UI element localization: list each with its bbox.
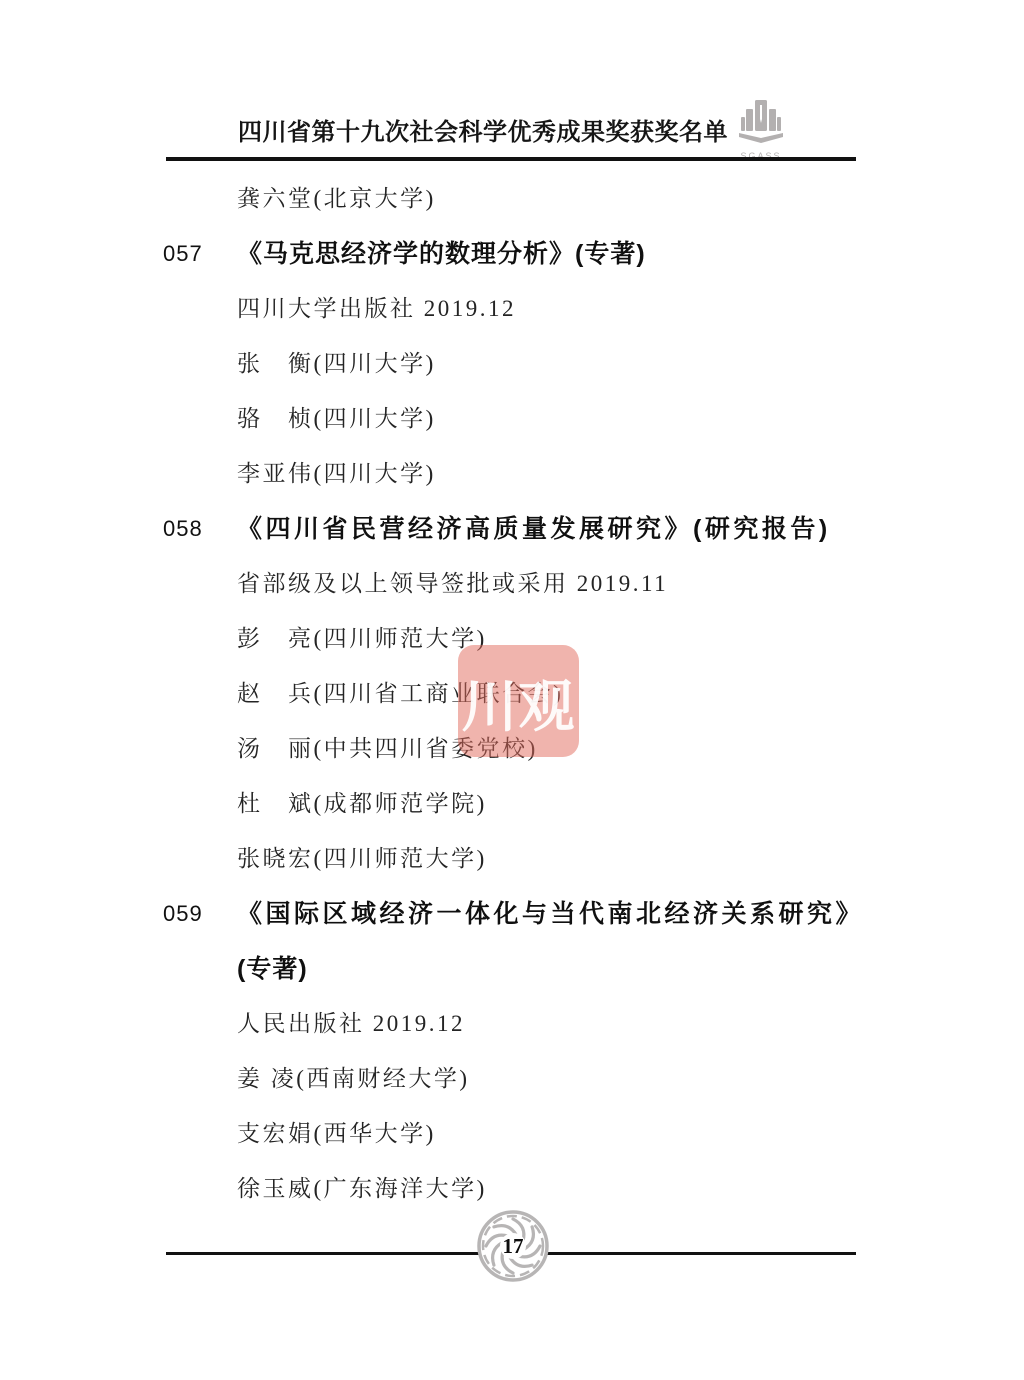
entry-text: 汤 丽(中共四川省委党校)	[237, 733, 538, 765]
entry-text: 骆 桢(四川大学)	[237, 403, 436, 435]
entry-text: 徐玉威(广东海洋大学)	[237, 1173, 487, 1205]
entry-line: 支宏娟(西华大学)	[163, 1118, 883, 1173]
entry-heading: 058《四川省民营经济高质量发展研究》(研究报告)	[163, 513, 883, 568]
entry-text: 赵 兵(四川省工商业联合会)	[237, 678, 563, 710]
header-divider	[166, 157, 856, 161]
entry-text: 《四川省民营经济高质量发展研究》(研究报告)	[237, 513, 831, 545]
entry-line: 姜 凌(西南财经大学)	[163, 1063, 883, 1118]
entry-line: 李亚伟(四川大学)	[163, 458, 883, 513]
entry-line: 张 衡(四川大学)	[163, 348, 883, 403]
entry-line: 省部级及以上领导签批或采用 2019.11	[163, 568, 883, 623]
entry-line: 汤 丽(中共四川省委党校)	[163, 733, 883, 788]
entry-line: 杜 斌(成都师范学院)	[163, 788, 883, 843]
entry-text: 杜 斌(成都师范学院)	[237, 788, 487, 820]
entry-text: 张晓宏(四川师范大学)	[237, 843, 487, 875]
entry-line: 彭 亮(四川师范大学)	[163, 623, 883, 678]
entry-line: 人民出版社 2019.12	[163, 1008, 883, 1063]
page-title: 四川省第十九次社会科学优秀成果奖获奖名单	[238, 112, 728, 147]
entry-line: 骆 桢(四川大学)	[163, 403, 883, 458]
entry-text: 张 衡(四川大学)	[237, 348, 436, 380]
entry-text: 李亚伟(四川大学)	[237, 458, 436, 490]
entry-text: 《国际区域经济一体化与当代南北经济关系研究》	[237, 898, 864, 930]
entry-number: 059	[163, 901, 203, 927]
entry-line: (专著)	[163, 953, 883, 1008]
sgass-logo: SGASS	[733, 97, 789, 161]
entry-text: 龚六堂(北京大学)	[237, 183, 436, 215]
entry-text: (专著)	[237, 953, 308, 985]
entry-line: 张晓宏(四川师范大学)	[163, 843, 883, 898]
entry-text: 四川大学出版社 2019.12	[237, 293, 516, 325]
sgass-building-icon	[733, 97, 789, 145]
entry-text: 支宏娟(西华大学)	[237, 1118, 436, 1150]
entry-line: 徐玉威(广东海洋大学)	[163, 1173, 883, 1228]
entry-text: 省部级及以上领导签批或采用 2019.11	[237, 568, 668, 600]
document-page: 四川省第十九次社会科学优秀成果奖获奖名单 SGASS 龚六堂(北京大学)057《…	[0, 0, 1024, 1380]
entry-line: 四川大学出版社 2019.12	[163, 293, 883, 348]
entry-text: 人民出版社 2019.12	[237, 1008, 465, 1040]
entry-line: 赵 兵(四川省工商业联合会)	[163, 678, 883, 733]
entry-heading: 059《国际区域经济一体化与当代南北经济关系研究》	[163, 898, 883, 953]
entry-line: 龚六堂(北京大学)	[163, 183, 883, 238]
entry-text: 《马克思经济学的数理分析》(专著)	[237, 238, 646, 270]
entry-text: 姜 凌(西南财经大学)	[237, 1063, 470, 1095]
entry-list: 龚六堂(北京大学)057《马克思经济学的数理分析》(专著)四川大学出版社 201…	[163, 183, 883, 1228]
entry-number: 057	[163, 241, 203, 267]
entry-text: 彭 亮(四川师范大学)	[237, 623, 487, 655]
entry-heading: 057《马克思经济学的数理分析》(专著)	[163, 238, 883, 293]
entry-number: 058	[163, 516, 203, 542]
